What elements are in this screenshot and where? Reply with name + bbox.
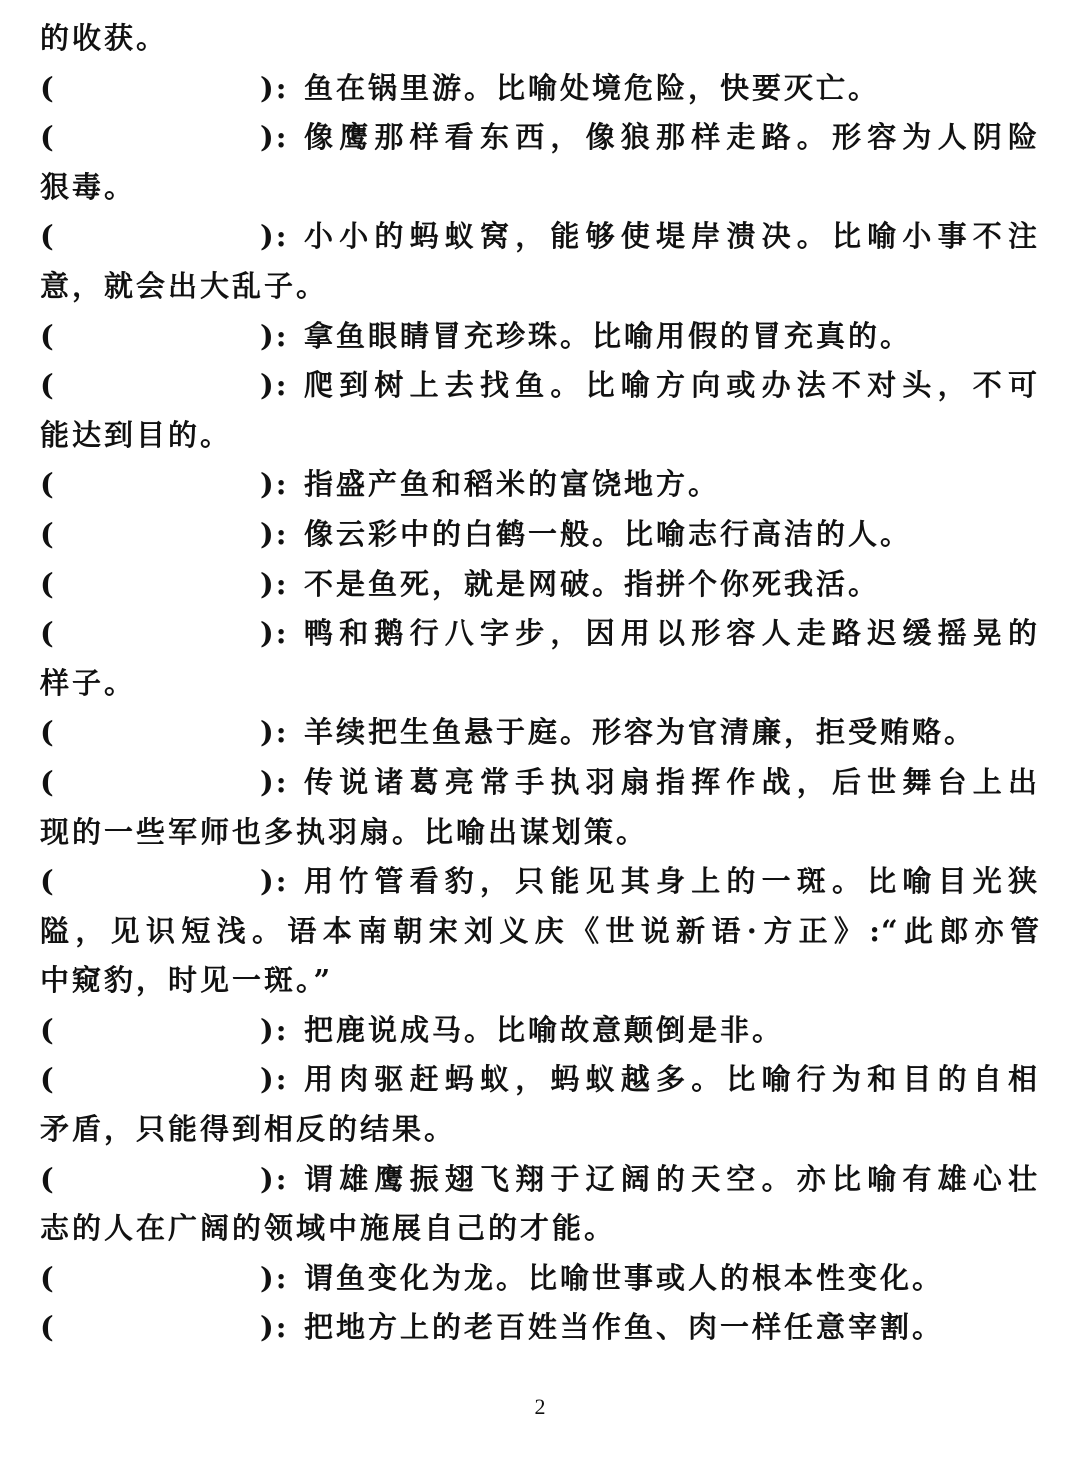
definition-continuation: 隘，见识短浅。语本南朝宋刘义庆《世说新语·方正》:“此郎亦管 — [40, 907, 1040, 957]
idiom-entry: ():指盛产鱼和稻米的富饶地方。 — [40, 460, 1040, 510]
idiom-entry: ():拿鱼眼睛冒充珍珠。比喻用假的冒充真的。 — [40, 312, 1040, 362]
answer-blank-close: ): — [260, 1303, 304, 1353]
idiom-entry: ():像鹰那样看东西，像狼那样走路。形容为人阴险狠毒。 — [40, 113, 1040, 212]
entry-first-line: ():像云彩中的白鹤一般。比喻志行高洁的人。 — [40, 510, 1040, 560]
definition-continuation: 志的人在广阔的领域中施展自己的才能。 — [40, 1204, 1040, 1254]
entry-first-line: ():鱼在锅里游。比喻处境危险，快要灭亡。 — [40, 64, 1040, 114]
idiom-entry: ():羊续把生鱼悬于庭。形容为官清廉，拒受贿赂。 — [40, 708, 1040, 758]
idiom-fill-in-list: ():鱼在锅里游。比喻处境危险，快要灭亡。():像鹰那样看东西，像狼那样走路。形… — [40, 64, 1040, 1353]
definition-text: 鸭和鹅行八字步，因用以形容人走路迟缓摇晃的 — [304, 609, 1040, 659]
page-number: 2 — [0, 1394, 1080, 1420]
definition-text: 传说诸葛亮常手执羽扇指挥作战，后世舞台上出 — [304, 758, 1040, 808]
answer-blank-close: ): — [260, 113, 304, 163]
idiom-entry: ():鱼在锅里游。比喻处境危险，快要灭亡。 — [40, 64, 1040, 114]
answer-blank-close: ): — [260, 361, 304, 411]
answer-blank[interactable]: ( — [40, 212, 260, 262]
idiom-entry: ():谓雄鹰振翅飞翔于辽阔的天空。亦比喻有雄心壮志的人在广阔的领域中施展自己的才… — [40, 1155, 1040, 1254]
answer-blank[interactable]: ( — [40, 361, 260, 411]
definition-text: 把地方上的老百姓当作鱼、肉一样任意宰割。 — [304, 1303, 1040, 1353]
definition-continuation: 意，就会出大乱子。 — [40, 262, 1040, 312]
definition-text: 拿鱼眼睛冒充珍珠。比喻用假的冒充真的。 — [304, 312, 1040, 362]
entry-first-line: ():像鹰那样看东西，像狼那样走路。形容为人阴险 — [40, 113, 1040, 163]
continued-text: 的收获。 — [40, 14, 1040, 64]
entry-first-line: ():把鹿说成马。比喻故意颠倒是非。 — [40, 1006, 1040, 1056]
answer-blank-close: ): — [260, 1055, 304, 1105]
worksheet-page: 的收获。 ():鱼在锅里游。比喻处境危险，快要灭亡。():像鹰那样看东西，像狼那… — [40, 14, 1040, 1353]
definition-text: 指盛产鱼和稻米的富饶地方。 — [304, 460, 1040, 510]
entry-first-line: ():把地方上的老百姓当作鱼、肉一样任意宰割。 — [40, 1303, 1040, 1353]
definition-text: 羊续把生鱼悬于庭。形容为官清廉，拒受贿赂。 — [304, 708, 1040, 758]
answer-blank[interactable]: ( — [40, 1303, 260, 1353]
definition-text: 爬到树上去找鱼。比喻方向或办法不对头，不可 — [304, 361, 1040, 411]
entry-first-line: ():传说诸葛亮常手执羽扇指挥作战，后世舞台上出 — [40, 758, 1040, 808]
idiom-entry: ():鸭和鹅行八字步，因用以形容人走路迟缓摇晃的样子。 — [40, 609, 1040, 708]
definition-text: 像鹰那样看东西，像狼那样走路。形容为人阴险 — [304, 113, 1040, 163]
answer-blank[interactable]: ( — [40, 1006, 260, 1056]
idiom-entry: ():用肉驱赶蚂蚁，蚂蚁越多。比喻行为和目的自相矛盾，只能得到相反的结果。 — [40, 1055, 1040, 1154]
definition-text: 小小的蚂蚁窝，能够使堤岸溃决。比喻小事不注 — [304, 212, 1040, 262]
definition-continuation: 狠毒。 — [40, 163, 1040, 213]
answer-blank-close: ): — [260, 312, 304, 362]
answer-blank-close: ): — [260, 64, 304, 114]
answer-blank[interactable]: ( — [40, 1055, 260, 1105]
answer-blank-close: ): — [260, 857, 304, 907]
entry-first-line: ():不是鱼死，就是网破。指拼个你死我活。 — [40, 560, 1040, 610]
idiom-entry: ():用竹管看豹，只能见其身上的一斑。比喻目光狭隘，见识短浅。语本南朝宋刘义庆《… — [40, 857, 1040, 1006]
answer-blank-close: ): — [260, 212, 304, 262]
answer-blank-close: ): — [260, 708, 304, 758]
definition-text: 把鹿说成马。比喻故意颠倒是非。 — [304, 1006, 1040, 1056]
answer-blank[interactable]: ( — [40, 758, 260, 808]
definition-continuation: 矛盾，只能得到相反的结果。 — [40, 1105, 1040, 1155]
idiom-entry: ():把鹿说成马。比喻故意颠倒是非。 — [40, 1006, 1040, 1056]
definition-continuation: 能达到目的。 — [40, 411, 1040, 461]
definition-text: 鱼在锅里游。比喻处境危险，快要灭亡。 — [304, 64, 1040, 114]
answer-blank-close: ): — [260, 609, 304, 659]
idiom-entry: ():像云彩中的白鹤一般。比喻志行高洁的人。 — [40, 510, 1040, 560]
entry-first-line: ():拿鱼眼睛冒充珍珠。比喻用假的冒充真的。 — [40, 312, 1040, 362]
answer-blank[interactable]: ( — [40, 708, 260, 758]
definition-text: 谓鱼变化为龙。比喻世事或人的根本性变化。 — [304, 1254, 1040, 1304]
answer-blank[interactable]: ( — [40, 1155, 260, 1205]
answer-blank-close: ): — [260, 510, 304, 560]
answer-blank-close: ): — [260, 1254, 304, 1304]
answer-blank[interactable]: ( — [40, 64, 260, 114]
definition-text: 像云彩中的白鹤一般。比喻志行高洁的人。 — [304, 510, 1040, 560]
answer-blank[interactable]: ( — [40, 460, 260, 510]
idiom-entry: ():小小的蚂蚁窝，能够使堤岸溃决。比喻小事不注意，就会出大乱子。 — [40, 212, 1040, 311]
answer-blank[interactable]: ( — [40, 609, 260, 659]
entry-first-line: ():鸭和鹅行八字步，因用以形容人走路迟缓摇晃的 — [40, 609, 1040, 659]
definition-continuation: 中窥豹，时见一斑。” — [40, 956, 1040, 1006]
answer-blank[interactable]: ( — [40, 1254, 260, 1304]
answer-blank[interactable]: ( — [40, 312, 260, 362]
definition-continuation: 样子。 — [40, 659, 1040, 709]
entry-first-line: ():小小的蚂蚁窝，能够使堤岸溃决。比喻小事不注 — [40, 212, 1040, 262]
entry-first-line: ():爬到树上去找鱼。比喻方向或办法不对头，不可 — [40, 361, 1040, 411]
answer-blank-close: ): — [260, 1155, 304, 1205]
idiom-entry: ():爬到树上去找鱼。比喻方向或办法不对头，不可能达到目的。 — [40, 361, 1040, 460]
answer-blank[interactable]: ( — [40, 857, 260, 907]
definition-text: 用肉驱赶蚂蚁，蚂蚁越多。比喻行为和目的自相 — [304, 1055, 1040, 1105]
definition-text: 用竹管看豹，只能见其身上的一斑。比喻目光狭 — [304, 857, 1040, 907]
answer-blank[interactable]: ( — [40, 510, 260, 560]
answer-blank-close: ): — [260, 1006, 304, 1056]
entry-first-line: ():用竹管看豹，只能见其身上的一斑。比喻目光狭 — [40, 857, 1040, 907]
definition-text: 谓雄鹰振翅飞翔于辽阔的天空。亦比喻有雄心壮 — [304, 1155, 1040, 1205]
entry-first-line: ():羊续把生鱼悬于庭。形容为官清廉，拒受贿赂。 — [40, 708, 1040, 758]
entry-first-line: ():指盛产鱼和稻米的富饶地方。 — [40, 460, 1040, 510]
idiom-entry: ():传说诸葛亮常手执羽扇指挥作战，后世舞台上出现的一些军师也多执羽扇。比喻出谋… — [40, 758, 1040, 857]
definition-continuation: 现的一些军师也多执羽扇。比喻出谋划策。 — [40, 808, 1040, 858]
answer-blank-close: ): — [260, 460, 304, 510]
definition-text: 不是鱼死，就是网破。指拼个你死我活。 — [304, 560, 1040, 610]
idiom-entry: ():把地方上的老百姓当作鱼、肉一样任意宰割。 — [40, 1303, 1040, 1353]
idiom-entry: ():谓鱼变化为龙。比喻世事或人的根本性变化。 — [40, 1254, 1040, 1304]
entry-first-line: ():谓雄鹰振翅飞翔于辽阔的天空。亦比喻有雄心壮 — [40, 1155, 1040, 1205]
entry-first-line: ():谓鱼变化为龙。比喻世事或人的根本性变化。 — [40, 1254, 1040, 1304]
idiom-entry: ():不是鱼死，就是网破。指拼个你死我活。 — [40, 560, 1040, 610]
answer-blank[interactable]: ( — [40, 113, 260, 163]
answer-blank[interactable]: ( — [40, 560, 260, 610]
answer-blank-close: ): — [260, 560, 304, 610]
answer-blank-close: ): — [260, 758, 304, 808]
entry-first-line: ():用肉驱赶蚂蚁，蚂蚁越多。比喻行为和目的自相 — [40, 1055, 1040, 1105]
